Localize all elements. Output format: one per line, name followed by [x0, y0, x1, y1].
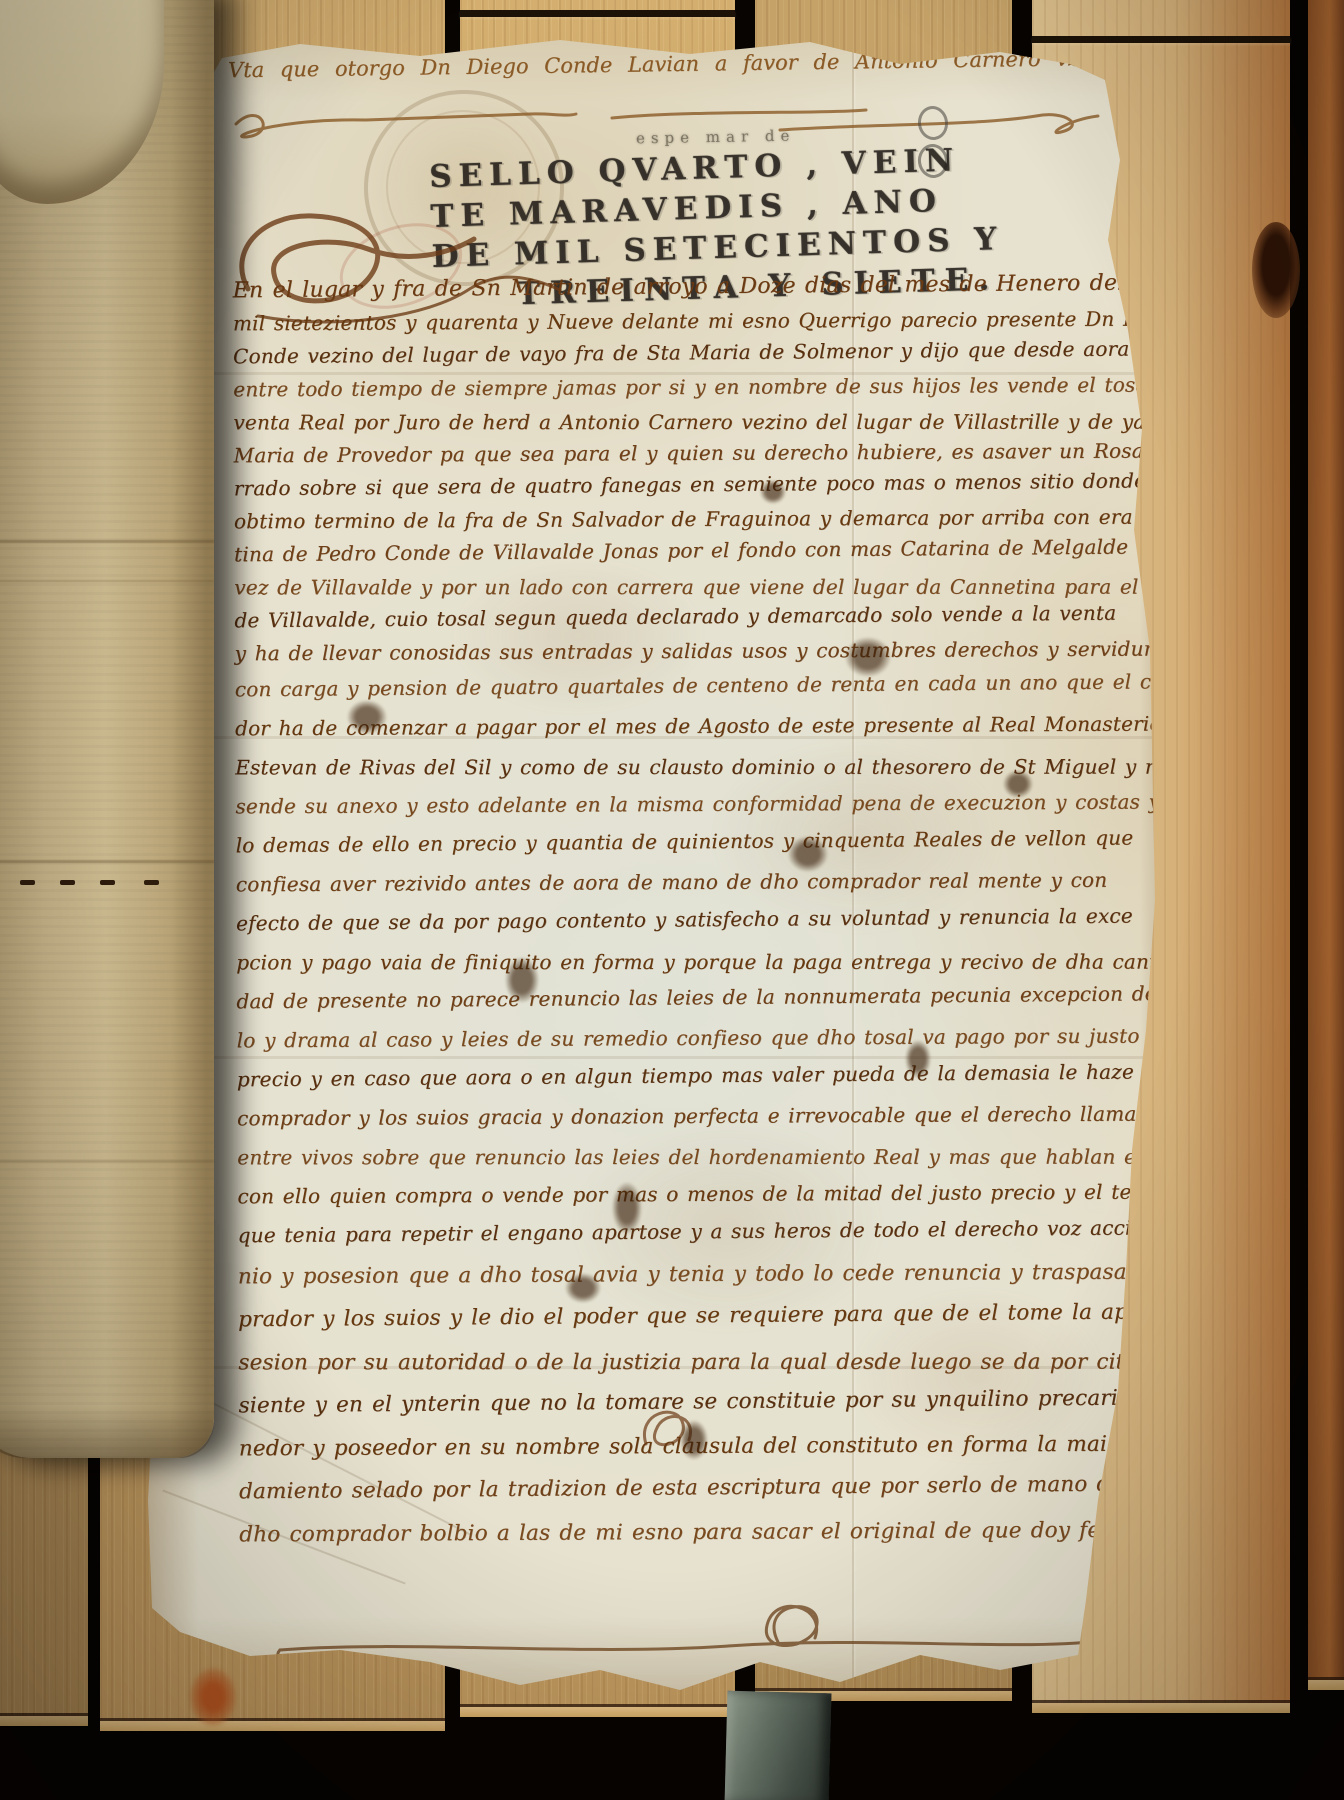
ink-blot	[905, 1040, 931, 1078]
manuscript-line: damiento selado por la tradizion de esta…	[239, 1462, 1139, 1513]
wood-plank	[1308, 0, 1344, 1690]
manuscript-line: que tenia para repetir el engano apartos…	[238, 1208, 1138, 1255]
stack-crease	[0, 860, 214, 863]
manuscript-line: entre todo tiempo de siempre jamas por s…	[233, 369, 1133, 407]
stack-crease	[0, 580, 214, 582]
stitch-mark	[100, 880, 115, 885]
manuscript-line: En el lugar y fra de Sn Martin de arroyo…	[233, 267, 1133, 308]
ink-blot	[505, 957, 539, 1003]
stitch-mark	[60, 880, 75, 885]
manuscript-line: tina de Pedro Conde de Villavalde Jonas …	[234, 531, 1134, 572]
paraph-knot-flourish	[626, 1392, 722, 1464]
ink-blot	[347, 700, 387, 734]
manuscript-line: venta Real por Juro de herd a Antonio Ca…	[233, 406, 1133, 440]
ink-blot	[1003, 770, 1033, 798]
manuscript-line: precio y en caso que aora o en algun tie…	[237, 1053, 1137, 1100]
manuscript-photo-scene: Vta que otorgo Dn Diego Conde Lavian a f…	[0, 0, 1344, 1800]
manuscript-page: Vta que otorgo Dn Diego Conde Lavian a f…	[148, 36, 1160, 1700]
manuscript-line: lo demas de ello en precio y quantia de …	[235, 819, 1135, 866]
manuscript-line: rrado sobre si que sera de quatro fanega…	[234, 465, 1134, 506]
manuscript-line: entre vivos sobre que renuncio las leies…	[237, 1138, 1137, 1178]
plank-joint	[1032, 36, 1290, 43]
left-page-stack	[0, 0, 214, 1458]
stitch-mark	[20, 880, 35, 885]
stack-crease	[0, 540, 214, 543]
rolled-corner	[0, 0, 164, 204]
stack-crease	[0, 1160, 214, 1163]
faint-print-line: espe mar de	[636, 127, 796, 148]
manuscript-line: Conde vezino del lugar de vayo fra de St…	[233, 333, 1133, 374]
wood-stain	[190, 1668, 236, 1726]
manuscript-line: prador y los suios y le dio el poder que…	[238, 1290, 1138, 1341]
double-zero-marks	[918, 106, 988, 140]
manuscript-body-text: En el lugar y fra de Sn Martin de arroyo…	[233, 270, 1140, 1557]
manuscript-line: de Villavalde, cuio tosal segun queda de…	[234, 597, 1134, 638]
manuscript-line: dho comprador bolbio a las de mi esno pa…	[239, 1509, 1139, 1557]
ink-blot	[565, 1273, 601, 1303]
manuscript-line: Estevan de Rivas del Sil y como de su cl…	[235, 748, 1135, 788]
manuscript-line: efecto de que se da por pago contento y …	[236, 897, 1136, 944]
zero-mark-circle	[916, 104, 950, 142]
wood-knot	[1252, 222, 1300, 318]
ink-blot	[760, 480, 786, 504]
stitch-mark	[144, 880, 159, 885]
hanging-strap	[725, 1691, 832, 1800]
ink-blot	[612, 1182, 642, 1234]
manuscript-line: dad de presente no parece renuncio las l…	[236, 975, 1136, 1022]
manuscript-line: comprador y los suios gracia y donazion …	[237, 1095, 1137, 1139]
ink-blot	[788, 836, 828, 872]
ink-blot	[845, 637, 891, 677]
ink-blot	[680, 1420, 708, 1460]
plank-joint	[460, 10, 735, 17]
